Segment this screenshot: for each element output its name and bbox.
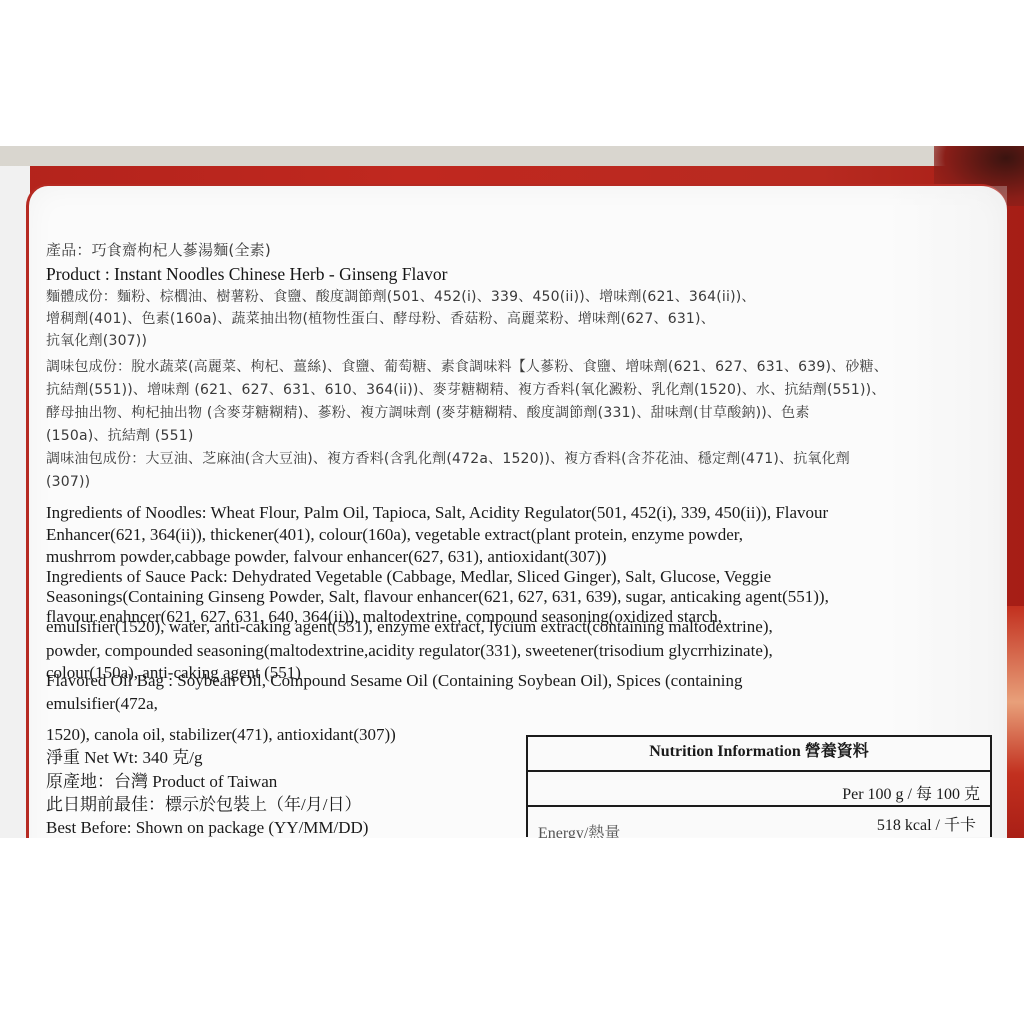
sauce-ingredients-en-line: Seasonings(Containing Ginseng Powder, Sa… bbox=[46, 588, 829, 605]
sauce-ingredients-en-line: Ingredients of Sauce Pack: Dehydrated Ve… bbox=[46, 568, 771, 585]
oil-ingredients-zh-line: 調味油包成份：大豆油、芝麻油(含大豆油)、複方香料(含乳化劑(472a、1520… bbox=[46, 452, 850, 466]
best-before-zh: 此日期前最佳：標示於包裝上（年/月/日） bbox=[46, 796, 361, 813]
noodle-ingredients-zh-line: 麵體成份：麵粉、棕櫚油、樹薯粉、食鹽、酸度調節劑(501、452(i)、339、… bbox=[46, 290, 756, 304]
oil-ingredients-zh-line: (307)) bbox=[46, 475, 90, 489]
nutrition-per-serving: Per 100 g / 每 100 克 bbox=[842, 781, 980, 804]
best-before-en: Best Before: Shown on package (YY/MM/DD) bbox=[46, 819, 368, 836]
nutrition-per-row: Per 100 g / 每 100 克 bbox=[528, 772, 990, 807]
nutrition-header-row: Nutrition Information 營養資料 bbox=[528, 737, 990, 772]
oil-ingredients-en-line: 1520), canola oil, stabilizer(471), anti… bbox=[46, 726, 396, 743]
product-name-zh: 產品：巧食齋枸杞人蔘湯麵(全素) bbox=[46, 243, 271, 258]
noodle-ingredients-zh-line: 抗氧化劑(307)) bbox=[46, 334, 147, 348]
noodle-ingredients-en-line: Enhancer(621, 364(ii)), thickener(401), … bbox=[46, 526, 743, 543]
product-name-en: Product : Instant Noodles Chinese Herb -… bbox=[46, 266, 447, 284]
origin: 原產地：台灣 Product of Taiwan bbox=[46, 773, 277, 790]
nutrition-title: Nutrition Information 營養資料 bbox=[528, 737, 990, 767]
noodle-ingredients-en-line: Ingredients of Noodles: Wheat Flour, Pal… bbox=[46, 504, 828, 521]
energy-value: 518 kcal / 千卡 bbox=[877, 812, 976, 835]
nutrition-energy-row: Energy/熱量 518 kcal / 千卡 bbox=[528, 807, 990, 837]
sauce-ingredients-zh-line: 酵母抽出物、枸杞抽出物 (含麥芽糖糊精)、蔘粉、複方調味劑 (麥芽糖糊精、酸度調… bbox=[46, 406, 810, 420]
sauce-ingredients-zh-line: 調味包成份：脫水蔬菜(高麗菜、枸杞、薑絲)、食鹽、葡萄糖、素食調味料【人蔘粉、食… bbox=[46, 360, 888, 374]
sauce-ingredients-zh-line: (150a)、抗結劑 (551) bbox=[46, 429, 194, 443]
oil-ingredients-en-line: Flavored Oil Bag : Soybean Oil, Compound… bbox=[46, 672, 742, 689]
sauce-ingredients-zh-line: 抗結劑(551))、增味劑 (621、627、631、610、364(ii))、… bbox=[46, 383, 886, 397]
sauce-ingredients-en-line: powder, compounded seasoning(maltodextri… bbox=[46, 642, 773, 659]
oil-ingredients-en-line: emulsifier(472a, bbox=[46, 695, 158, 712]
sauce-ingredients-en-line: emulsifier(1520), water, anti-caking age… bbox=[46, 618, 773, 635]
noodle-ingredients-zh-line: 增稠劑(401)、色素(160a)、蔬菜抽出物(植物性蛋白、酵母粉、香菇粉、高麗… bbox=[46, 312, 715, 326]
bottom-margin bbox=[0, 838, 1024, 1024]
net-weight: 淨重 Net Wt: 340 克/g bbox=[46, 749, 202, 766]
nutrition-table: Nutrition Information 營養資料 Per 100 g / 每… bbox=[526, 735, 992, 837]
noodle-ingredients-en-line: mushrrom powder,cabbage powder, falvour … bbox=[46, 548, 606, 565]
